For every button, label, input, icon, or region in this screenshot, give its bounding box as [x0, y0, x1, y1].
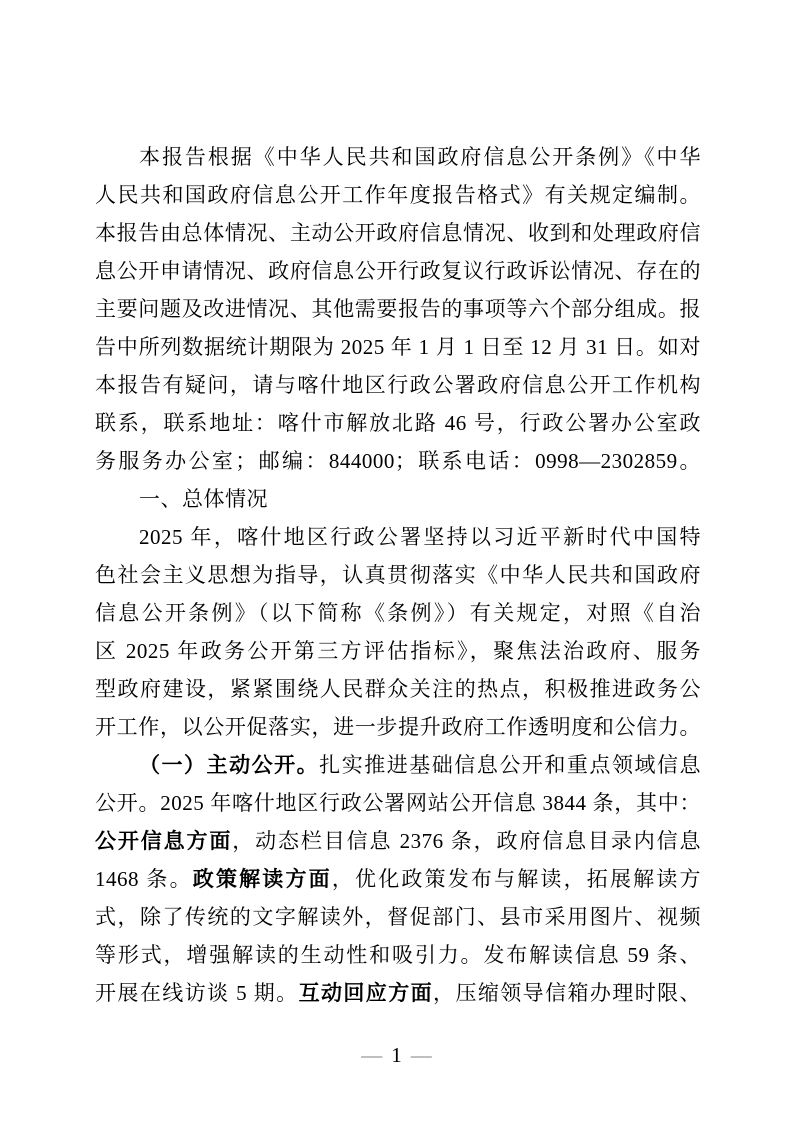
text-segment: 等形式，增强解读的生动性和吸引力。发布解读信息 59 条、 [95, 943, 701, 967]
text-segment: 本报告有疑问，请与喀什地区行政公署政府信息公开工作机构 [95, 373, 701, 397]
bold-text-segment: （一）主动公开。 [139, 753, 319, 777]
document-body: 本报告根据《中华人民共和国政府信息公开条例》《中华人民共和国政府信息公开工作年度… [95, 138, 701, 1012]
text-line: 色社会主义思想为指导，认真贯彻落实《中华人民共和国政府 [95, 556, 701, 594]
text-segment: 1468 条。 [95, 867, 193, 891]
text-segment: 公开。2025 年喀什地区行政公署网站公开信息 3844 条，其中： [95, 791, 701, 815]
text-segment: 联系，联系地址：喀什市解放北路 46 号，行政公署办公室政 [95, 411, 701, 435]
text-segment: 主要问题及改进情况、其他需要报告的事项等六个部分组成。报 [95, 297, 701, 321]
text-line: 公开信息方面，动态栏目信息 2376 条，政府信息目录内信息 [95, 822, 701, 860]
text-line: 息公开申请情况、政府信息公开行政复议行政诉讼情况、存在的 [95, 252, 701, 290]
text-segment: 开展在线访谈 5 期。 [95, 981, 299, 1005]
footer-dash-left: — [361, 1043, 382, 1067]
text-segment: 色社会主义思想为指导，认真贯彻落实《中华人民共和国政府 [95, 563, 701, 587]
text-line: 一、总体情况 [95, 480, 701, 518]
text-segment: 人民共和国政府信息公开工作年度报告格式》有关规定编制。 [95, 183, 701, 207]
text-segment: 信息公开条例》（以下简称《条例》）有关规定，对照《自治 [95, 601, 701, 625]
text-line: 本报告根据《中华人民共和国政府信息公开条例》《中华 [95, 138, 701, 176]
text-segment: 告中所列数据统计期限为 2025 年 1 月 1 日至 12 月 31 日。如对 [95, 335, 701, 359]
text-segment: 区 2025 年政务公开第三方评估指标》，聚焦法治政府、服务 [95, 639, 701, 663]
text-segment: ，动态栏目信息 2376 条，政府信息目录内信息 [232, 829, 701, 853]
text-line: 本报告有疑问，请与喀什地区行政公署政府信息公开工作机构 [95, 366, 701, 404]
text-line: 开展在线访谈 5 期。互动回应方面，压缩领导信箱办理时限、 [95, 974, 701, 1012]
text-line: 开工作，以公开促落实，进一步提升政府工作透明度和公信力。 [95, 708, 701, 746]
text-segment: 本报告由总体情况、主动公开政府信息情况、收到和处理政府信 [95, 221, 701, 245]
text-line: 信息公开条例》（以下简称《条例》）有关规定，对照《自治 [95, 594, 701, 632]
text-line: 式，除了传统的文字解读外，督促部门、县市采用图片、视频 [95, 898, 701, 936]
document-page: 本报告根据《中华人民共和国政府信息公开条例》《中华人民共和国政府信息公开工作年度… [0, 0, 793, 1122]
text-line: 人民共和国政府信息公开工作年度报告格式》有关规定编制。 [95, 176, 701, 214]
text-segment: ，压缩领导信箱办理时限、 [433, 981, 701, 1005]
page-footer: —1— [0, 1036, 793, 1074]
text-line: 1468 条。政策解读方面，优化政策发布与解读，拓展解读方 [95, 860, 701, 898]
text-segment: 扎实推进基础信息公开和重点领域信息 [319, 753, 701, 777]
text-segment: ，优化政策发布与解读，拓展解读方 [332, 867, 701, 891]
text-line: 区 2025 年政务公开第三方评估指标》，聚焦法治政府、服务 [95, 632, 701, 670]
text-line: （一）主动公开。扎实推进基础信息公开和重点领域信息 [95, 746, 701, 784]
text-line: 本报告由总体情况、主动公开政府信息情况、收到和处理政府信 [95, 214, 701, 252]
text-segment: 务服务办公室；邮编：844000；联系电话：0998—2302859。 [95, 449, 701, 473]
footer-dash-right: — [411, 1043, 432, 1067]
page-number: 1 [391, 1043, 402, 1067]
text-segment: 一、总体情况 [139, 487, 268, 511]
bold-text-segment: 公开信息方面 [95, 829, 232, 853]
text-line: 务服务办公室；邮编：844000；联系电话：0998—2302859。 [95, 442, 701, 480]
text-segment: 开工作，以公开促落实，进一步提升政府工作透明度和公信力。 [95, 715, 701, 739]
bold-text-segment: 互动回应方面 [299, 981, 433, 1005]
text-line: 型政府建设，紧紧围绕人民群众关注的热点，积极推进政务公 [95, 670, 701, 708]
text-segment: 本报告根据《中华人民共和国政府信息公开条例》《中华 [139, 145, 701, 169]
text-line: 联系，联系地址：喀什市解放北路 46 号，行政公署办公室政 [95, 404, 701, 442]
text-line: 告中所列数据统计期限为 2025 年 1 月 1 日至 12 月 31 日。如对 [95, 328, 701, 366]
bold-text-segment: 政策解读方面 [193, 867, 332, 891]
text-line: 2025 年，喀什地区行政公署坚持以习近平新时代中国特 [95, 518, 701, 556]
text-segment: 式，除了传统的文字解读外，督促部门、县市采用图片、视频 [95, 905, 701, 929]
text-segment: 息公开申请情况、政府信息公开行政复议行政诉讼情况、存在的 [95, 259, 701, 283]
text-segment: 2025 年，喀什地区行政公署坚持以习近平新时代中国特 [139, 525, 701, 549]
text-line: 等形式，增强解读的生动性和吸引力。发布解读信息 59 条、 [95, 936, 701, 974]
text-segment: 型政府建设，紧紧围绕人民群众关注的热点，积极推进政务公 [95, 677, 701, 701]
text-line: 主要问题及改进情况、其他需要报告的事项等六个部分组成。报 [95, 290, 701, 328]
text-line: 公开。2025 年喀什地区行政公署网站公开信息 3844 条，其中： [95, 784, 701, 822]
